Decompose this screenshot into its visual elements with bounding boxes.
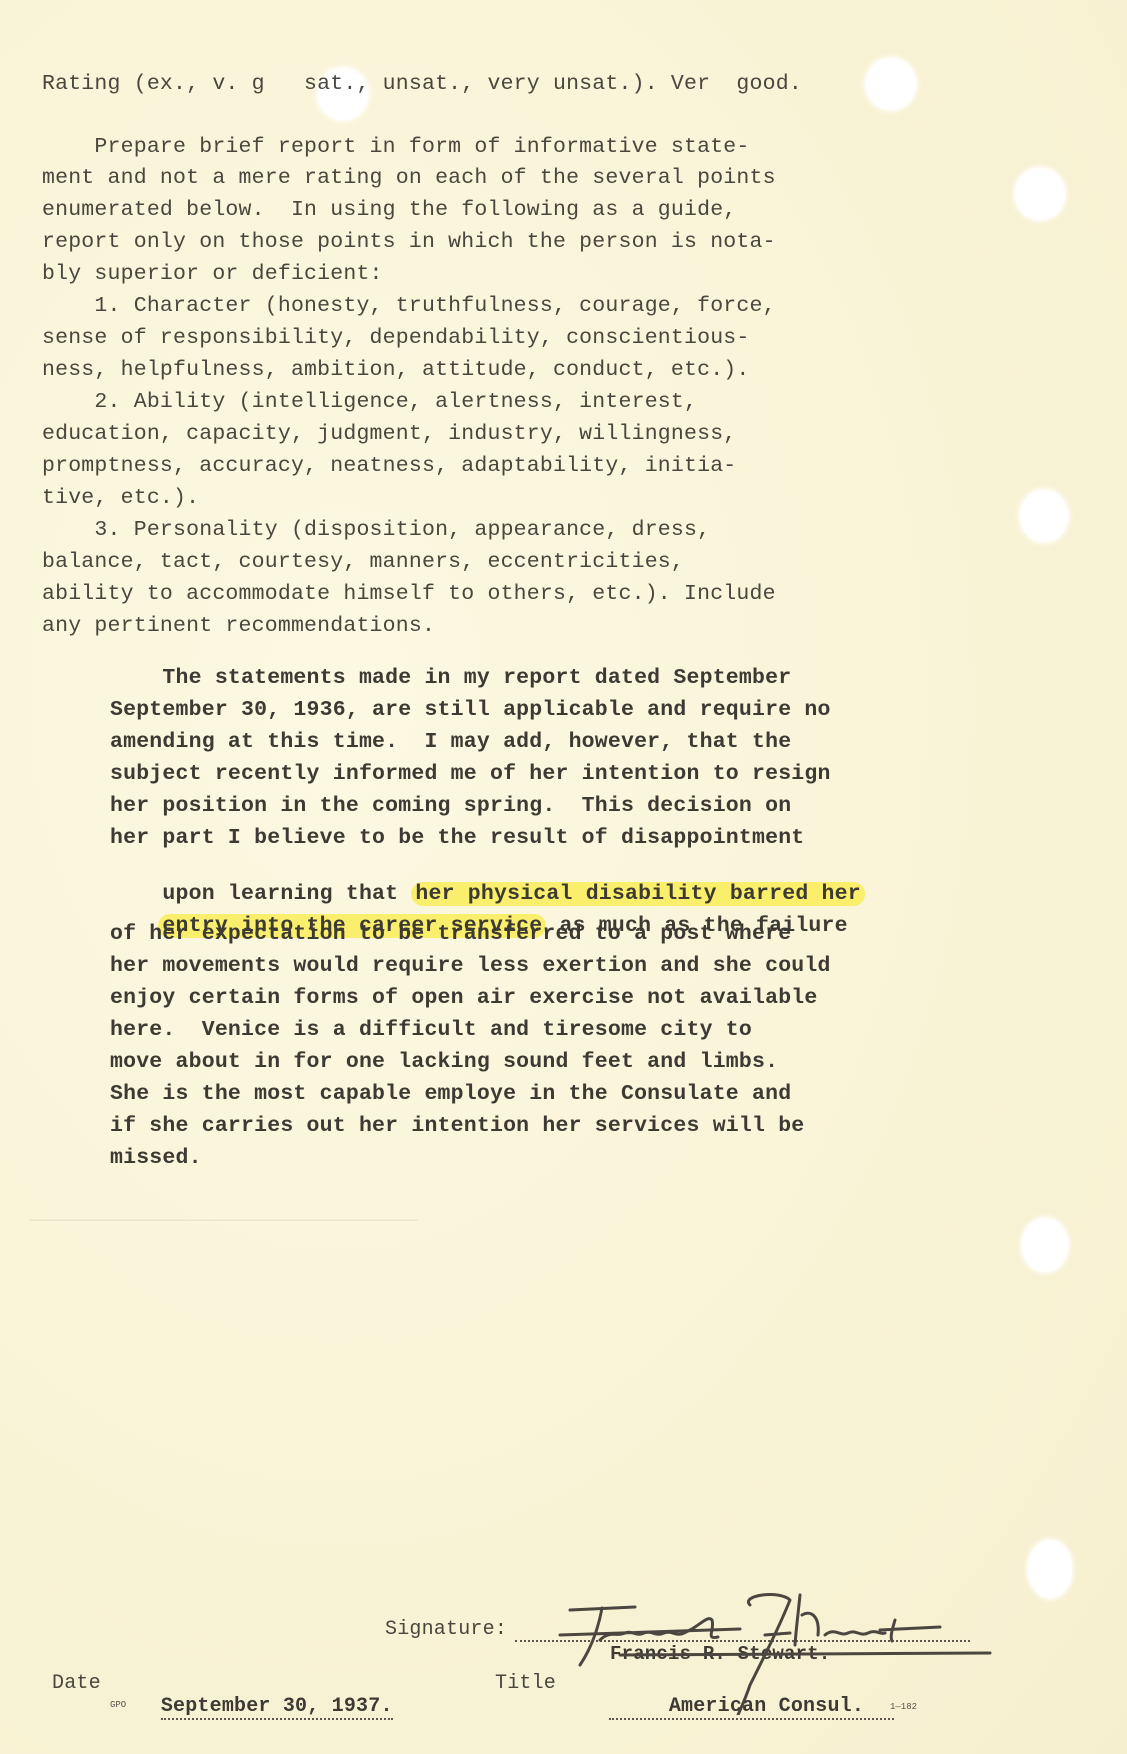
report-line: The statements made in my report dated S… [110,666,791,690]
signature-label: Signature: [385,1618,507,1641]
point-line: any pertinent recommendations. [42,614,435,638]
point-line: promptness, accuracy, neatness, adaptabi… [42,454,736,478]
report-line: her movements would require less exertio… [110,954,831,978]
report-line: enjoy certain forms of open air exercise… [110,986,818,1010]
date-label: Date [52,1672,101,1695]
title-text: American Consul. [609,1695,894,1720]
point-line: ness, helpfulness, ambition, attitude, c… [42,358,750,382]
point-line: tive, etc.). [42,486,199,510]
report-line: She is the most capable employe in the C… [110,1082,791,1106]
form-number: 1—182 [890,1702,917,1712]
document-page: ────────────────────────────────── Ratin… [0,0,1127,1754]
report-line: her position in the coming spring. This … [110,794,791,818]
printer-mark: GPO [110,1700,126,1710]
point-line: 1. Character (honesty, truthfulness, cou… [42,294,776,318]
report-line: move about in for one lacking sound feet… [110,1050,778,1074]
punch-hole [1022,1218,1068,1272]
date-text: September 30, 1937. [161,1695,393,1720]
date-value: September 30, 1937. [112,1672,393,1743]
point-line: sense of responsibility, dependability, … [42,326,750,350]
instructions-line: Prepare brief report in form of informat… [42,135,750,159]
instructions-line: ment and not a mere rating on each of th… [42,166,776,190]
instructions-line: report only on those points in which the… [42,230,776,254]
punch-hole [866,58,916,110]
point-line: 3. Personality (disposition, appearance,… [42,518,710,542]
title-label: Title [495,1672,556,1695]
point-line: 2. Ability (intelligence, alertness, int… [42,390,697,414]
bleed-through-text: ────────────────────────────────── [30,1210,418,1232]
instructions-line: bly superior or deficient: [42,262,383,286]
report-line: missed. [110,1146,202,1170]
rating-line: Rating (ex., v. g sat., unsat., very uns… [42,72,802,96]
report-line: here. Venice is a difficult and tiresome… [110,1018,752,1042]
report-line: her part I believe to be the result of d… [110,826,804,850]
report-line: amending at this time. I may add, howeve… [110,730,791,754]
instructions-line: enumerated below. In using the following… [42,198,736,222]
point-line: education, capacity, judgment, industry,… [42,422,736,446]
point-line: ability to accommodate himself to others… [42,582,776,606]
title-value: American Consul. [560,1672,894,1743]
report-line: subject recently informed me of her inte… [110,762,831,786]
point-line: balance, tact, courtesy, manners, eccent… [42,550,684,574]
punch-hole [1020,490,1068,542]
report-line: of her expectation to be transferred to … [110,922,791,946]
report-line: if she carries out her intention her ser… [110,1114,804,1138]
report-line: September 30, 1936, are still applicable… [110,698,831,722]
punch-hole [1015,168,1065,220]
